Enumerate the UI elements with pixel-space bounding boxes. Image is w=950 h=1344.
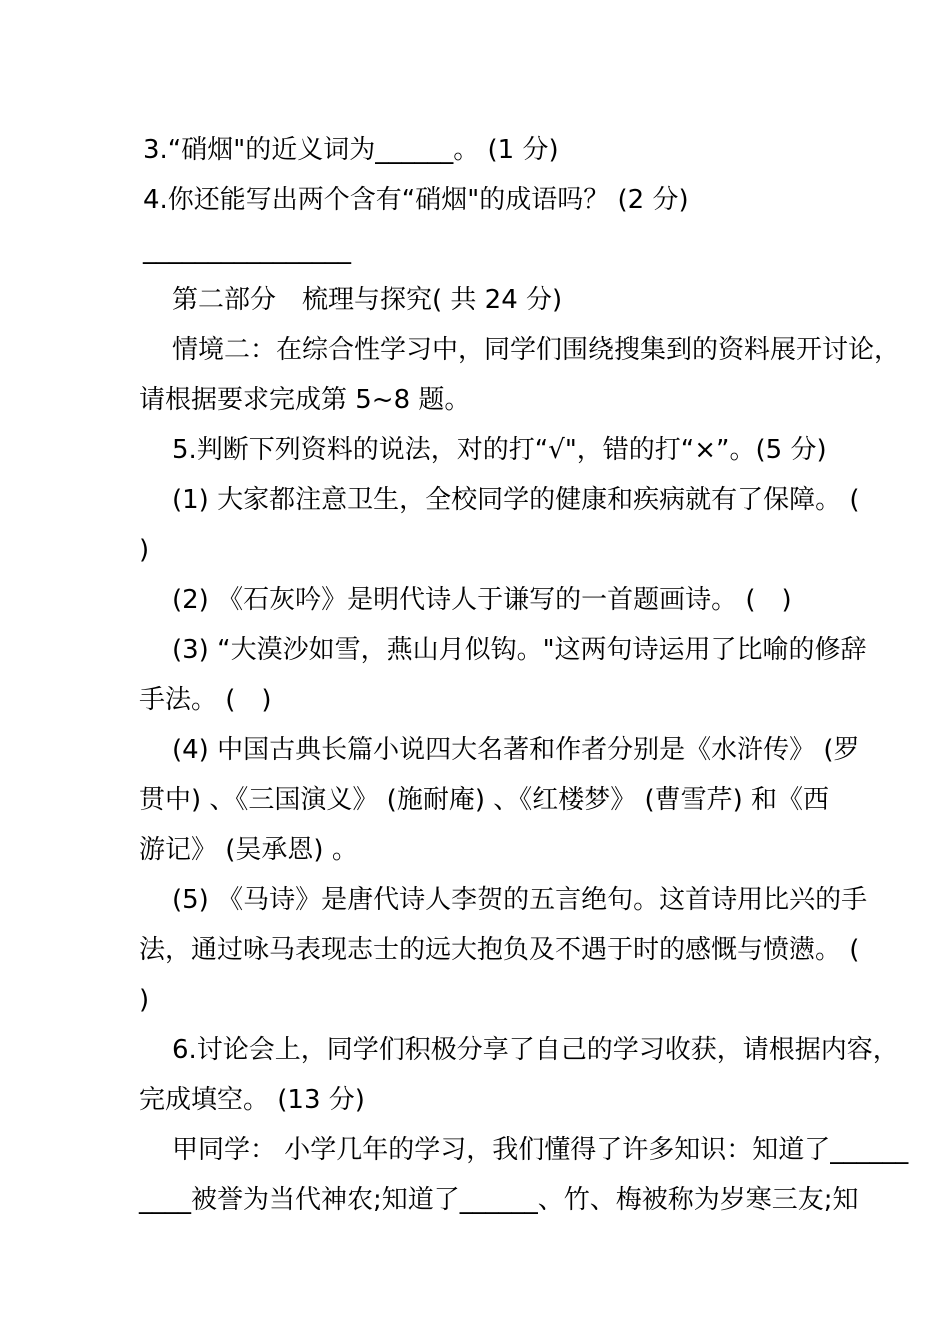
q5-item-1-line-1: (1) 大家都注意卫生，全校同学的健康和疾病就有了保障。 ( bbox=[139, 475, 900, 525]
q5-item-5-line-3: ) bbox=[139, 975, 900, 1025]
q5-item-4-line-1: (4) 中国古典长篇小说四大名著和作者分别是《水浒传》 (罗 bbox=[139, 725, 900, 775]
q5-item-3-line-2: 手法。 ( ) bbox=[139, 675, 900, 725]
question-4-line: 4.你还能写出两个含有“硝烟"的成语吗？ (2 分) bbox=[139, 175, 900, 225]
scenario-intro-line-2: 请根据要求完成第 5~8 题。 bbox=[139, 375, 900, 425]
question-5-prompt: 5.判断下列资料的说法，对的打“√"，错的打“×”。(5 分) bbox=[139, 425, 900, 475]
answer-blank-line: ________________ bbox=[139, 225, 900, 275]
q5-item-4-line-2: 贯中) 、《三国演义》 (施耐庵) 、《红楼梦》 (曹雪芹) 和《西 bbox=[139, 775, 900, 825]
student-a-line-1: 甲同学： 小学几年的学习，我们懂得了许多知识：知道了______ bbox=[139, 1125, 900, 1175]
section-heading: 第二部分 梳理与探究( 共 24 分) bbox=[139, 275, 900, 325]
q5-item-3-line-1: (3) “大漠沙如雪，燕山月似钩。"这两句诗运用了比喻的修辞 bbox=[139, 625, 900, 675]
q5-item-1-line-2: ) bbox=[139, 525, 900, 575]
q5-item-4-line-3: 游记》 (吴承恩) 。 bbox=[139, 825, 900, 875]
question-6-prompt-line-2: 完成填空。 (13 分) bbox=[139, 1075, 900, 1125]
question-3-line: 3.“硝烟"的近义词为______。 (1 分) bbox=[139, 125, 900, 175]
q5-item-2-line: (2) 《石灰吟》是明代诗人于谦写的一首题画诗。 ( ) bbox=[139, 575, 900, 625]
q5-item-5-line-2: 法，通过咏马表现志士的远大抱负及不遇于时的感慨与愤懑。 ( bbox=[139, 925, 900, 975]
scenario-intro-line-1: 情境二：在综合性学习中，同学们围绕搜集到的资料展开讨论， bbox=[139, 325, 900, 375]
question-6-prompt-line-1: 6.讨论会上，同学们积极分享了自己的学习收获，请根据内容， bbox=[139, 1025, 900, 1075]
student-a-line-2: ____被誉为当代神农;知道了______、竹、梅被称为岁寒三友;知 bbox=[139, 1175, 900, 1225]
q5-item-5-line-1: (5) 《马诗》是唐代诗人李贺的五言绝句。这首诗用比兴的手 bbox=[139, 875, 900, 925]
document-page: 3.“硝烟"的近义词为______。 (1 分)4.你还能写出两个含有“硝烟"的… bbox=[0, 0, 950, 1344]
